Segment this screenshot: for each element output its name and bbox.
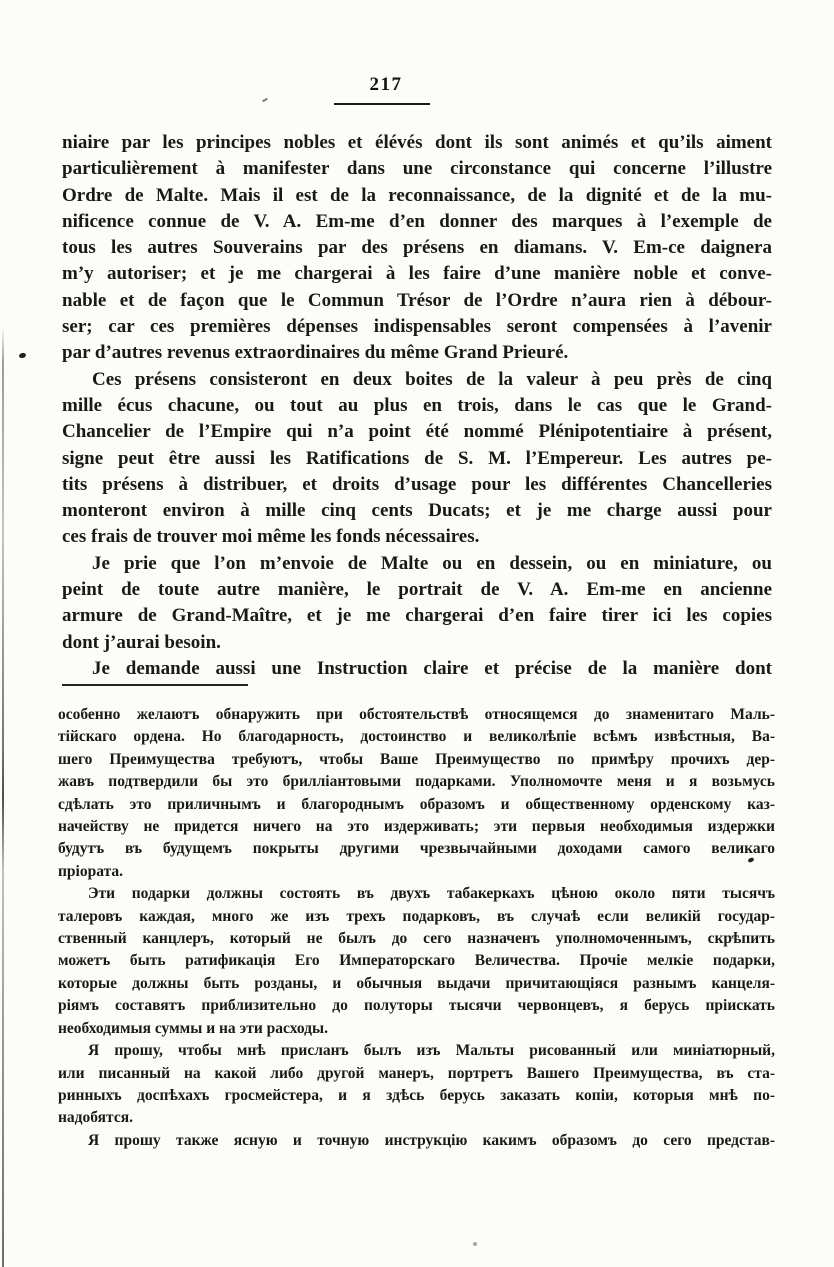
paragraph: niaire par les principes nobles et élévé… <box>62 130 772 367</box>
text-line: niaire par les principes nobles et élévé… <box>62 130 772 156</box>
text-line: начейству не придется ничего на это изде… <box>58 816 775 838</box>
text-line: ces frais de trouver moi même les fonds … <box>62 524 772 550</box>
footnote-separator <box>62 684 248 686</box>
paragraph: особенно желаютъ обнаружить при обстояте… <box>58 704 775 883</box>
text-line: надобятся. <box>58 1107 775 1129</box>
text-line: будутъ въ будущемъ покрыты другими чрезв… <box>58 838 775 860</box>
text-line: ственный канцлеръ, который не былъ до се… <box>58 928 775 950</box>
page-number: 217 <box>340 74 432 96</box>
paragraph: Эти подарки должны состоять въ двухъ таб… <box>58 883 775 1040</box>
text-line: талеровъ каждая, много же изъ трехъ пода… <box>58 906 775 928</box>
text-line: особенно желаютъ обнаружить при обстояте… <box>58 704 775 726</box>
text-line: ser; car ces premières dépenses indispen… <box>62 314 772 340</box>
text-line: Chancelier de l’Empire qui n’a point été… <box>62 419 772 445</box>
text-line: Je prie que l’on m’envoie de Malte ou en… <box>62 551 772 577</box>
text-line: mille écus chacune, ou tout au plus en t… <box>62 393 772 419</box>
text-line: или писанный на какой либо другой манеръ… <box>58 1063 775 1085</box>
text-line: nificence connue de V. A. Em-me d’en don… <box>62 209 772 235</box>
paragraph: Я прошу, чтобы мнѣ присланъ былъ изъ Мал… <box>58 1040 775 1130</box>
text-line: которые должны быть розданы, и обычныя в… <box>58 973 775 995</box>
text-line: сдѣлать это приличнымъ и благороднымъ об… <box>58 794 775 816</box>
text-line: nable et de façon que le Commun Trésor d… <box>62 288 772 314</box>
footnote-text: особенно желаютъ обнаружить при обстояте… <box>58 704 775 1152</box>
paragraph: Ces présens consisteront en deux boites … <box>62 367 772 551</box>
text-line: tous les autres Souverains par des prése… <box>62 235 772 261</box>
text-line: необходимыя суммы и на эти расходы. <box>58 1018 775 1040</box>
scan-artifact-left-edge-line <box>2 326 4 1267</box>
text-line: ріямъ составятъ приблизительно до полуто… <box>58 995 775 1017</box>
text-line: Я прошу, чтобы мнѣ присланъ былъ изъ Мал… <box>58 1040 775 1062</box>
text-line: tits présens à distribuer, et droits d’u… <box>62 472 772 498</box>
text-line: Я прошу также ясную и точную инструкцію … <box>58 1130 775 1152</box>
paragraph: Je demande aussi une Instruction claire … <box>62 656 772 682</box>
text-line: particulièrement à manifester dans une c… <box>62 156 772 182</box>
text-line: par d’autres revenus extraordinaires du … <box>62 340 772 366</box>
text-line: monteront environ à mille cinq cents Duc… <box>62 498 772 524</box>
text-line: тійскаго ордена. Но благодарность, досто… <box>58 726 775 748</box>
page-number-rule <box>334 103 430 105</box>
scan-artifact-ink-dot <box>18 352 26 359</box>
text-line: Je demande aussi une Instruction claire … <box>62 656 772 682</box>
text-line: можетъ быть ратификація Его Императорска… <box>58 950 775 972</box>
text-line: Ces présens consisteront en deux boites … <box>62 367 772 393</box>
paragraph: Я прошу также ясную и точную инструкцію … <box>58 1130 775 1152</box>
text-line: Ordre de Malte. Mais il est de la reconn… <box>62 183 772 209</box>
text-line: peint de toute autre manière, le portrai… <box>62 577 772 603</box>
text-line: armure de Grand-Maître, et je me charger… <box>62 603 772 629</box>
main-text: niaire par les principes nobles et élévé… <box>62 130 772 682</box>
text-line: ринныхъ доспѣхахъ гросмейстера, и я здѣс… <box>58 1085 775 1107</box>
text-line: шего Преимущества требуютъ, чтобы Ваше П… <box>58 749 775 771</box>
text-line: Эти подарки должны состоять въ двухъ таб… <box>58 883 775 905</box>
text-line: m’y autoriser; et je me chargerai à les … <box>62 261 772 287</box>
book-page: 217 niaire par les principes nobles et é… <box>0 0 834 1267</box>
paragraph: Je prie que l’on m’envoie de Malte ou en… <box>62 551 772 656</box>
scan-artifact-bottom-speck <box>473 1242 477 1246</box>
text-line: жавъ подтвердили бы это брилліантовыми п… <box>58 771 775 793</box>
text-line: пріората. <box>58 861 775 883</box>
scan-artifact-header-tick <box>262 98 268 103</box>
text-line: signe peut être aussi les Ratifications … <box>62 446 772 472</box>
text-line: dont j’aurai besoin. <box>62 630 772 656</box>
